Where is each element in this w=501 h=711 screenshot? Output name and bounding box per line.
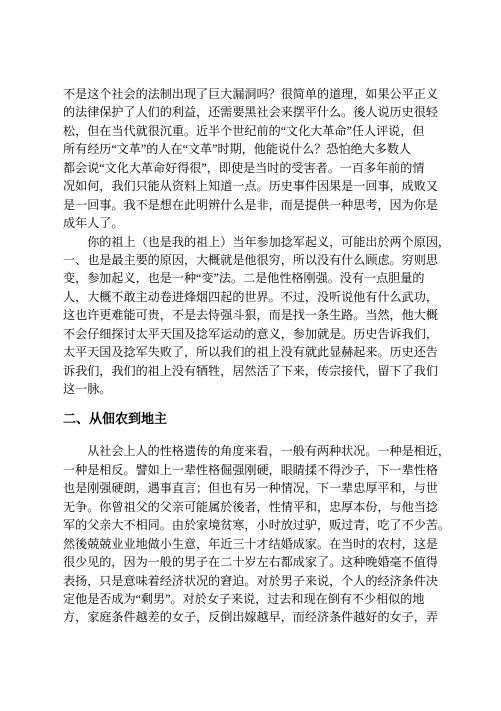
text-line: 定他是否成为“剩男”。对於女子来说，过去和现在倒有不少相似的地 — [63, 590, 437, 608]
text-line: 变，参加起义，也是一种“变”法。二是他性格刚强。没有一点胆量的 — [63, 269, 437, 287]
text-line: 一、也是最主要的原因，大概就是他很穷，所以没有什么顾虑。穷则思 — [63, 251, 437, 269]
text-line: 是一回事。我不是想在此明辨什么是非，而是提供一种思考，因为你是 — [63, 196, 437, 214]
text-line: 你的祖上（也是我的祖上）当年参加捻军起义，可能出於两个原因， — [63, 233, 437, 251]
text-line: 从社会上人的性格遗传的角度来看，一般有两种状况。一种是相近， — [63, 442, 437, 460]
text-line: 很少见的，因为一般的男子在二十岁左右都成家了。这种晚婚毫不值得 — [63, 553, 437, 571]
text-line: 无争。你曾祖父的父亲可能属於後者，性情平和，忠厚本份，与他当捻 — [63, 498, 437, 516]
text-line: 太平天国及捻军失败了，所以我们的祖上没有就此显赫起来。历史还告 — [63, 343, 437, 361]
text-column: 不是这个社会的法制出现了巨大漏洞吗？很简单的道理，如果公平正义 的法律保护了人们… — [63, 85, 437, 627]
document-page: 不是这个社会的法制出现了巨大漏洞吗？很简单的道理，如果公平正义 的法律保护了人们… — [0, 0, 501, 711]
text-line: 的法律保护了人们的利益，还需要黑社会来摆平什么。後人说历史很轻 — [63, 103, 437, 121]
text-line: 松，但在当代就很沉重。近半个世纪前的“文化大革命”任人评说，但 — [63, 122, 437, 140]
text-line: 诉我们，我们的祖上没有牺牲，居然活了下来，传宗接代，留下了我们 — [63, 362, 437, 380]
text-line: 一种是相反。譬如上一辈性格倔强刚硬，眼睛揉不得沙子，下一辈性格 — [63, 461, 437, 479]
text-line: 不会仔细探讨太平天国及捻军运动的意义，参加就是。历史告诉我们， — [63, 325, 437, 343]
paragraph-2: 你的祖上（也是我的祖上）当年参加捻军起义，可能出於两个原因， 一、也是最主要的原… — [63, 233, 437, 399]
text-line: 都会说“文化大革命好得很”，即使是当时的受害者。一百多年前的情 — [63, 159, 437, 177]
paragraph-1: 不是这个社会的法制出现了巨大漏洞吗？很简单的道理，如果公平正义 的法律保护了人们… — [63, 85, 437, 233]
text-line: 成年人了。 — [63, 214, 437, 232]
text-line: 这也许更难能可贵，不是去恃强斗狠，而是找一条生路。当然，他大概 — [63, 306, 437, 324]
text-line: 方，家庭条件越差的女子，反倒出嫁越早，而经济条件越好的女子，弄 — [63, 608, 437, 626]
section-heading: 二、从佃农到地主 — [63, 409, 437, 428]
text-line: 况如何，我们只能从资料上知道一点。历史事件因果是一回事，成败又 — [63, 177, 437, 195]
text-line: 所有经历“文革”的人在“文革”时期，他能说什么？恐怕绝大多数人 — [63, 140, 437, 158]
text-line: 这一脉。 — [63, 380, 437, 398]
text-line: 表扬，只是意味着经济状况的窘迫。对於男子来说，个人的经济条件决 — [63, 572, 437, 590]
text-line: 人，大概不敢主动卷进烽烟四起的世界。不过，没听说他有什么武功， — [63, 288, 437, 306]
text-line: 不是这个社会的法制出现了巨大漏洞吗？很简单的道理，如果公平正义 — [63, 85, 437, 103]
text-line: 也是刚强硬朗，遇事直言；但也有另一种情况，下一辈忠厚平和，与世 — [63, 479, 437, 497]
paragraph-3: 从社会上人的性格遗传的角度来看，一般有两种状况。一种是相近， 一种是相反。譬如上… — [63, 442, 437, 626]
text-line: 然後兢兢业业地做小生意，年近三十才结婚成家。在当时的农村，这是 — [63, 535, 437, 553]
text-line: 军的父亲大不相同。由於家境贫寒，小时放过驴，贩过青，吃了不少苦。 — [63, 516, 437, 534]
